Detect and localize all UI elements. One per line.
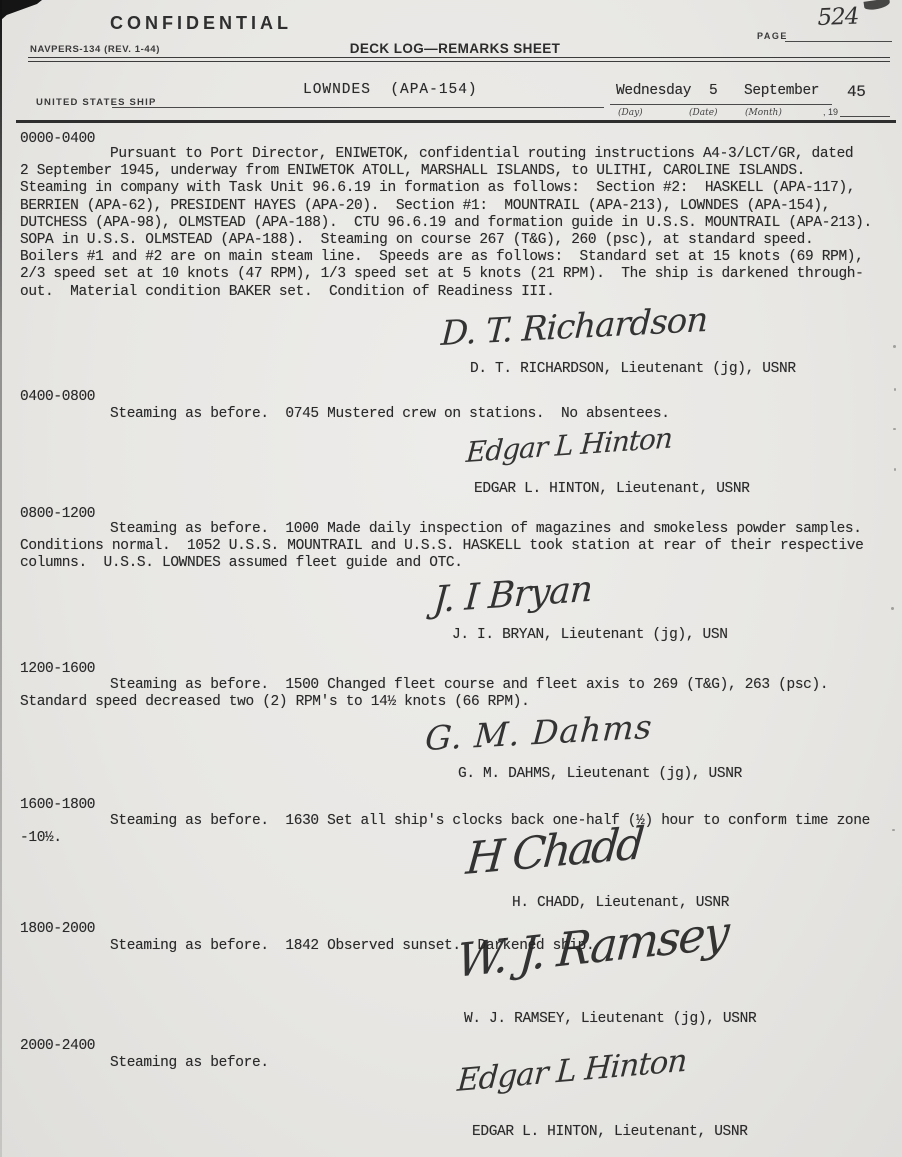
entry-line: Steaming in company with Task Unit 96.6.…: [20, 180, 890, 197]
entry-line: out. Material condition BAKER set. Condi…: [20, 284, 890, 301]
header-heavy-rule: [16, 120, 896, 123]
entry-paragraph: Steaming as before. 1000 Made daily insp…: [20, 521, 890, 573]
deck-log-sheet: CONFIDENTIAL 524 PAGE NAVPERS-134 (REV. …: [0, 0, 902, 1157]
scan-speck: [894, 468, 896, 471]
entry-line: -10½.: [20, 830, 890, 847]
date-date-caption: (Date): [689, 108, 718, 118]
signature-script: W. J. Ramsey: [455, 905, 729, 988]
signature-script: G. M. Dahms: [424, 707, 654, 758]
signature-script: J. I Bryan: [432, 569, 593, 621]
page-number-line: [785, 41, 892, 42]
scan-artifact-top-right: [864, 0, 891, 11]
signature-script: D. T. Richardson: [440, 300, 708, 354]
year-prefix: , 19: [823, 107, 838, 117]
scan-speck: [894, 388, 896, 391]
entry-line: 2/3 speed set at 10 knots (47 RPM), 1/3 …: [20, 266, 890, 283]
handwritten-page-number: 524: [817, 4, 859, 31]
entry-line: BERRIEN (APA-62), PRESIDENT HAYES (APA-2…: [20, 198, 890, 215]
entry-paragraph: Steaming as before.: [20, 1055, 890, 1072]
entry-line: DUTCHESS (APA-98), OLMSTEAD (APA-188). C…: [20, 215, 890, 232]
signature-typed: EDGAR L. HINTON, Lieutenant, USNR: [472, 1124, 748, 1141]
entry-paragraph: Steaming as before. 0745 Mustered crew o…: [20, 406, 890, 423]
page-label: PAGE: [757, 31, 788, 41]
entry-time-range: 0400-0800: [20, 389, 95, 406]
signature-typed: W. J. RAMSEY, Lieutenant (jg), USNR: [464, 1011, 756, 1028]
entry-paragraph: Steaming as before. 1500 Changed fleet c…: [20, 677, 890, 711]
date-year: 45: [847, 84, 866, 101]
document-title: DECK LOG—REMARKS SHEET: [330, 41, 580, 56]
signature-script: Edgar L Hinton: [456, 1043, 688, 1099]
scan-speck: [893, 345, 896, 348]
year-line: [840, 116, 890, 117]
entry-line: Steaming as before. 0745 Mustered crew o…: [20, 406, 890, 423]
date-day: Wednesday: [616, 83, 691, 100]
entry-line: Standard speed decreased two (2) RPM's t…: [20, 694, 890, 711]
date-month: September: [744, 83, 819, 100]
header-double-rule: [28, 57, 890, 62]
entry-line: Steaming as before.: [20, 1055, 890, 1072]
scan-speck: [893, 428, 896, 430]
date-date: 5: [709, 83, 717, 100]
entry-line: Steaming as before. 1000 Made daily insp…: [20, 521, 890, 538]
entry-line: SOPA in U.S.S. OLMSTEAD (APA-188). Steam…: [20, 232, 890, 249]
entry-time-range: 1800-2000: [20, 921, 95, 938]
ship-name-line: [112, 107, 604, 108]
entry-paragraph: Steaming as before. 1630 Set all ship's …: [20, 813, 890, 847]
scan-speck: [892, 829, 895, 831]
entry-line: 2 September 1945, underway from ENIWETOK…: [20, 163, 890, 180]
entry-line: Boilers #1 and #2 are on main steam line…: [20, 249, 890, 266]
entry-line: Steaming as before. 1630 Set all ship's …: [20, 813, 890, 830]
date-month-caption: (Month): [745, 108, 782, 118]
entry-line: Steaming as before. 1500 Changed fleet c…: [20, 677, 890, 694]
entry-paragraph: Pursuant to Port Director, ENIWETOK, con…: [20, 146, 890, 301]
scan-artifact-top-left: [0, 0, 42, 22]
entry-line: Steaming as before. 1842 Observed sunset…: [20, 938, 890, 955]
entry-time-range: 2000-2400: [20, 1038, 95, 1055]
scan-edge-left: [0, 0, 2, 1157]
signature-typed: EDGAR L. HINTON, Lieutenant, USNR: [474, 481, 750, 498]
entry-time-range: 1600-1800: [20, 797, 95, 814]
entry-line: Conditions normal. 1052 U.S.S. MOUNTRAIL…: [20, 538, 890, 555]
date-day-caption: (Day): [618, 108, 643, 118]
ship-name: LOWNDES (APA-154): [303, 82, 478, 99]
entry-time-range: 1200-1600: [20, 661, 95, 678]
signature-typed: D. T. RICHARDSON, Lieutenant (jg), USNR: [470, 361, 796, 378]
signature-script: Edgar L Hinton: [465, 421, 673, 469]
entry-line: Pursuant to Port Director, ENIWETOK, con…: [20, 146, 890, 163]
form-number: NAVPERS-134 (REV. 1-44): [30, 44, 160, 55]
date-line: [610, 104, 832, 105]
scan-speck: [891, 607, 894, 610]
entry-line: columns. U.S.S. LOWNDES assumed fleet gu…: [20, 555, 890, 572]
signature-typed: J. I. BRYAN, Lieutenant (jg), USN: [452, 627, 728, 644]
signature-typed: G. M. DAHMS, Lieutenant (jg), USNR: [458, 766, 742, 783]
classification-stamp: CONFIDENTIAL: [110, 13, 292, 34]
entry-paragraph: Steaming as before. 1842 Observed sunset…: [20, 938, 890, 955]
